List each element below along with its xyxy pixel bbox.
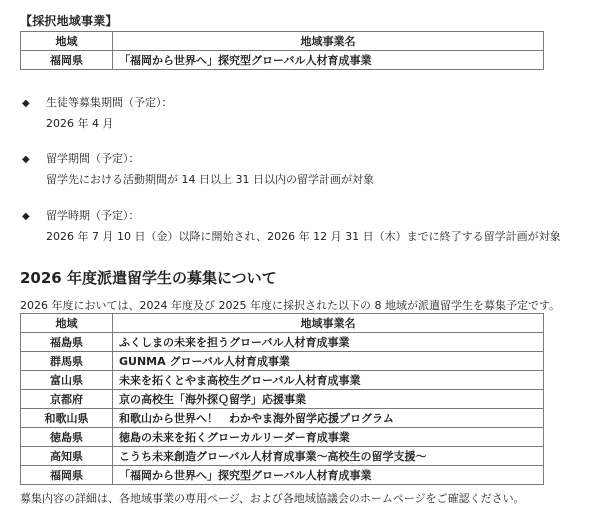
schedule-label: 留学期間（予定）：: [46, 152, 140, 165]
footer-note: 募集内容の詳細は、各地域事業の専用ページ、および各地域協議会のホームページをご確…: [20, 490, 525, 506]
table-header-row: 地域 地域事業名: [21, 32, 544, 51]
table-row: 福岡県 「福岡から世界へ」探究型グローバル人材育成事業: [21, 51, 544, 70]
schedule-value: 留学先における活動期間が 14 日以上 31 日以内の留学計画が対象: [46, 171, 374, 187]
region-cell: 徳島県: [21, 428, 113, 447]
selected-regions-label: 【採択地域事業】: [20, 12, 118, 29]
region-cell: 福岡県: [21, 51, 113, 70]
table-header-row: 地域 地域事業名: [21, 314, 544, 333]
region-cell: 高知県: [21, 447, 113, 466]
region-cell: 福島県: [21, 333, 113, 352]
recruitment-heading: 2026 年度派遣留学生の募集について: [20, 267, 277, 288]
region-cell: 福岡県: [21, 466, 113, 485]
program-cell: 「福岡から世界へ」探究型グローバル人材育成事業: [113, 51, 544, 70]
recruiting-region-table: 地域 地域事業名 福島県 ふくしまの未来を担うグローバル人材育成事業 群馬県 G…: [20, 313, 544, 485]
table-row: 富山県 未来を拓くとやま高校生グローバル人材育成事業: [21, 371, 544, 390]
table-row: 和歌山県 和歌山から世界へ！ わかやま海外留学応援プログラム: [21, 409, 544, 428]
region-cell: 富山県: [21, 371, 113, 390]
diamond-bullet-icon: ◆: [22, 98, 34, 109]
program-cell: 京の高校生「海外探Ｑ留学」応援事業: [113, 390, 544, 409]
schedule-value: 2026 年 4 月: [46, 115, 113, 131]
program-cell: こうち未来創造グローバル人材育成事業～高校生の留学支援～: [113, 447, 544, 466]
program-cell: 和歌山から世界へ！ わかやま海外留学応援プログラム: [113, 409, 544, 428]
schedule-value: 2026 年 7 月 10 日（金）以降に開始され、2026 年 12 月 31…: [46, 228, 561, 244]
column-header-program: 地域事業名: [113, 314, 544, 333]
program-cell: ふくしまの未来を担うグローバル人材育成事業: [113, 333, 544, 352]
table-row: 徳島県 徳島の未来を拓くグローカルリーダー育成事業: [21, 428, 544, 447]
table-row: 京都府 京の高校生「海外探Ｑ留学」応援事業: [21, 390, 544, 409]
table-row: 福岡県 「福岡から世界へ」探究型グローバル人材育成事業: [21, 466, 544, 485]
program-cell: GUNMA グローバル人材育成事業: [113, 352, 544, 371]
schedule-item-study-duration: ◆留学期間（予定）：: [22, 150, 140, 166]
schedule-item-study-timing: ◆留学時期（予定）：: [22, 207, 140, 223]
column-header-program: 地域事業名: [113, 32, 544, 51]
schedule-label: 留学時期（予定）：: [46, 209, 140, 222]
program-cell: 徳島の未来を拓くグローカルリーダー育成事業: [113, 428, 544, 447]
column-header-region: 地域: [21, 32, 113, 51]
program-cell: 「福岡から世界へ」探究型グローバル人材育成事業: [113, 466, 544, 485]
region-cell: 京都府: [21, 390, 113, 409]
table-row: 高知県 こうち未来創造グローバル人材育成事業～高校生の留学支援～: [21, 447, 544, 466]
program-cell: 未来を拓くとやま高校生グローバル人材育成事業: [113, 371, 544, 390]
diamond-bullet-icon: ◆: [22, 211, 34, 222]
diamond-bullet-icon: ◆: [22, 154, 34, 165]
table-row: 福島県 ふくしまの未来を担うグローバル人材育成事業: [21, 333, 544, 352]
recruitment-intro: 2026 年度においては、2024 年度及び 2025 年度に採択された以下の …: [20, 297, 560, 313]
region-cell: 群馬県: [21, 352, 113, 371]
table-row: 群馬県 GUNMA グローバル人材育成事業: [21, 352, 544, 371]
selected-region-table: 地域 地域事業名 福岡県 「福岡から世界へ」探究型グローバル人材育成事業: [20, 31, 544, 70]
schedule-label: 生徒等募集期間（予定）：: [46, 96, 173, 109]
region-cell: 和歌山県: [21, 409, 113, 428]
schedule-item-recruitment-period: ◆生徒等募集期間（予定）：: [22, 94, 173, 110]
column-header-region: 地域: [21, 314, 113, 333]
